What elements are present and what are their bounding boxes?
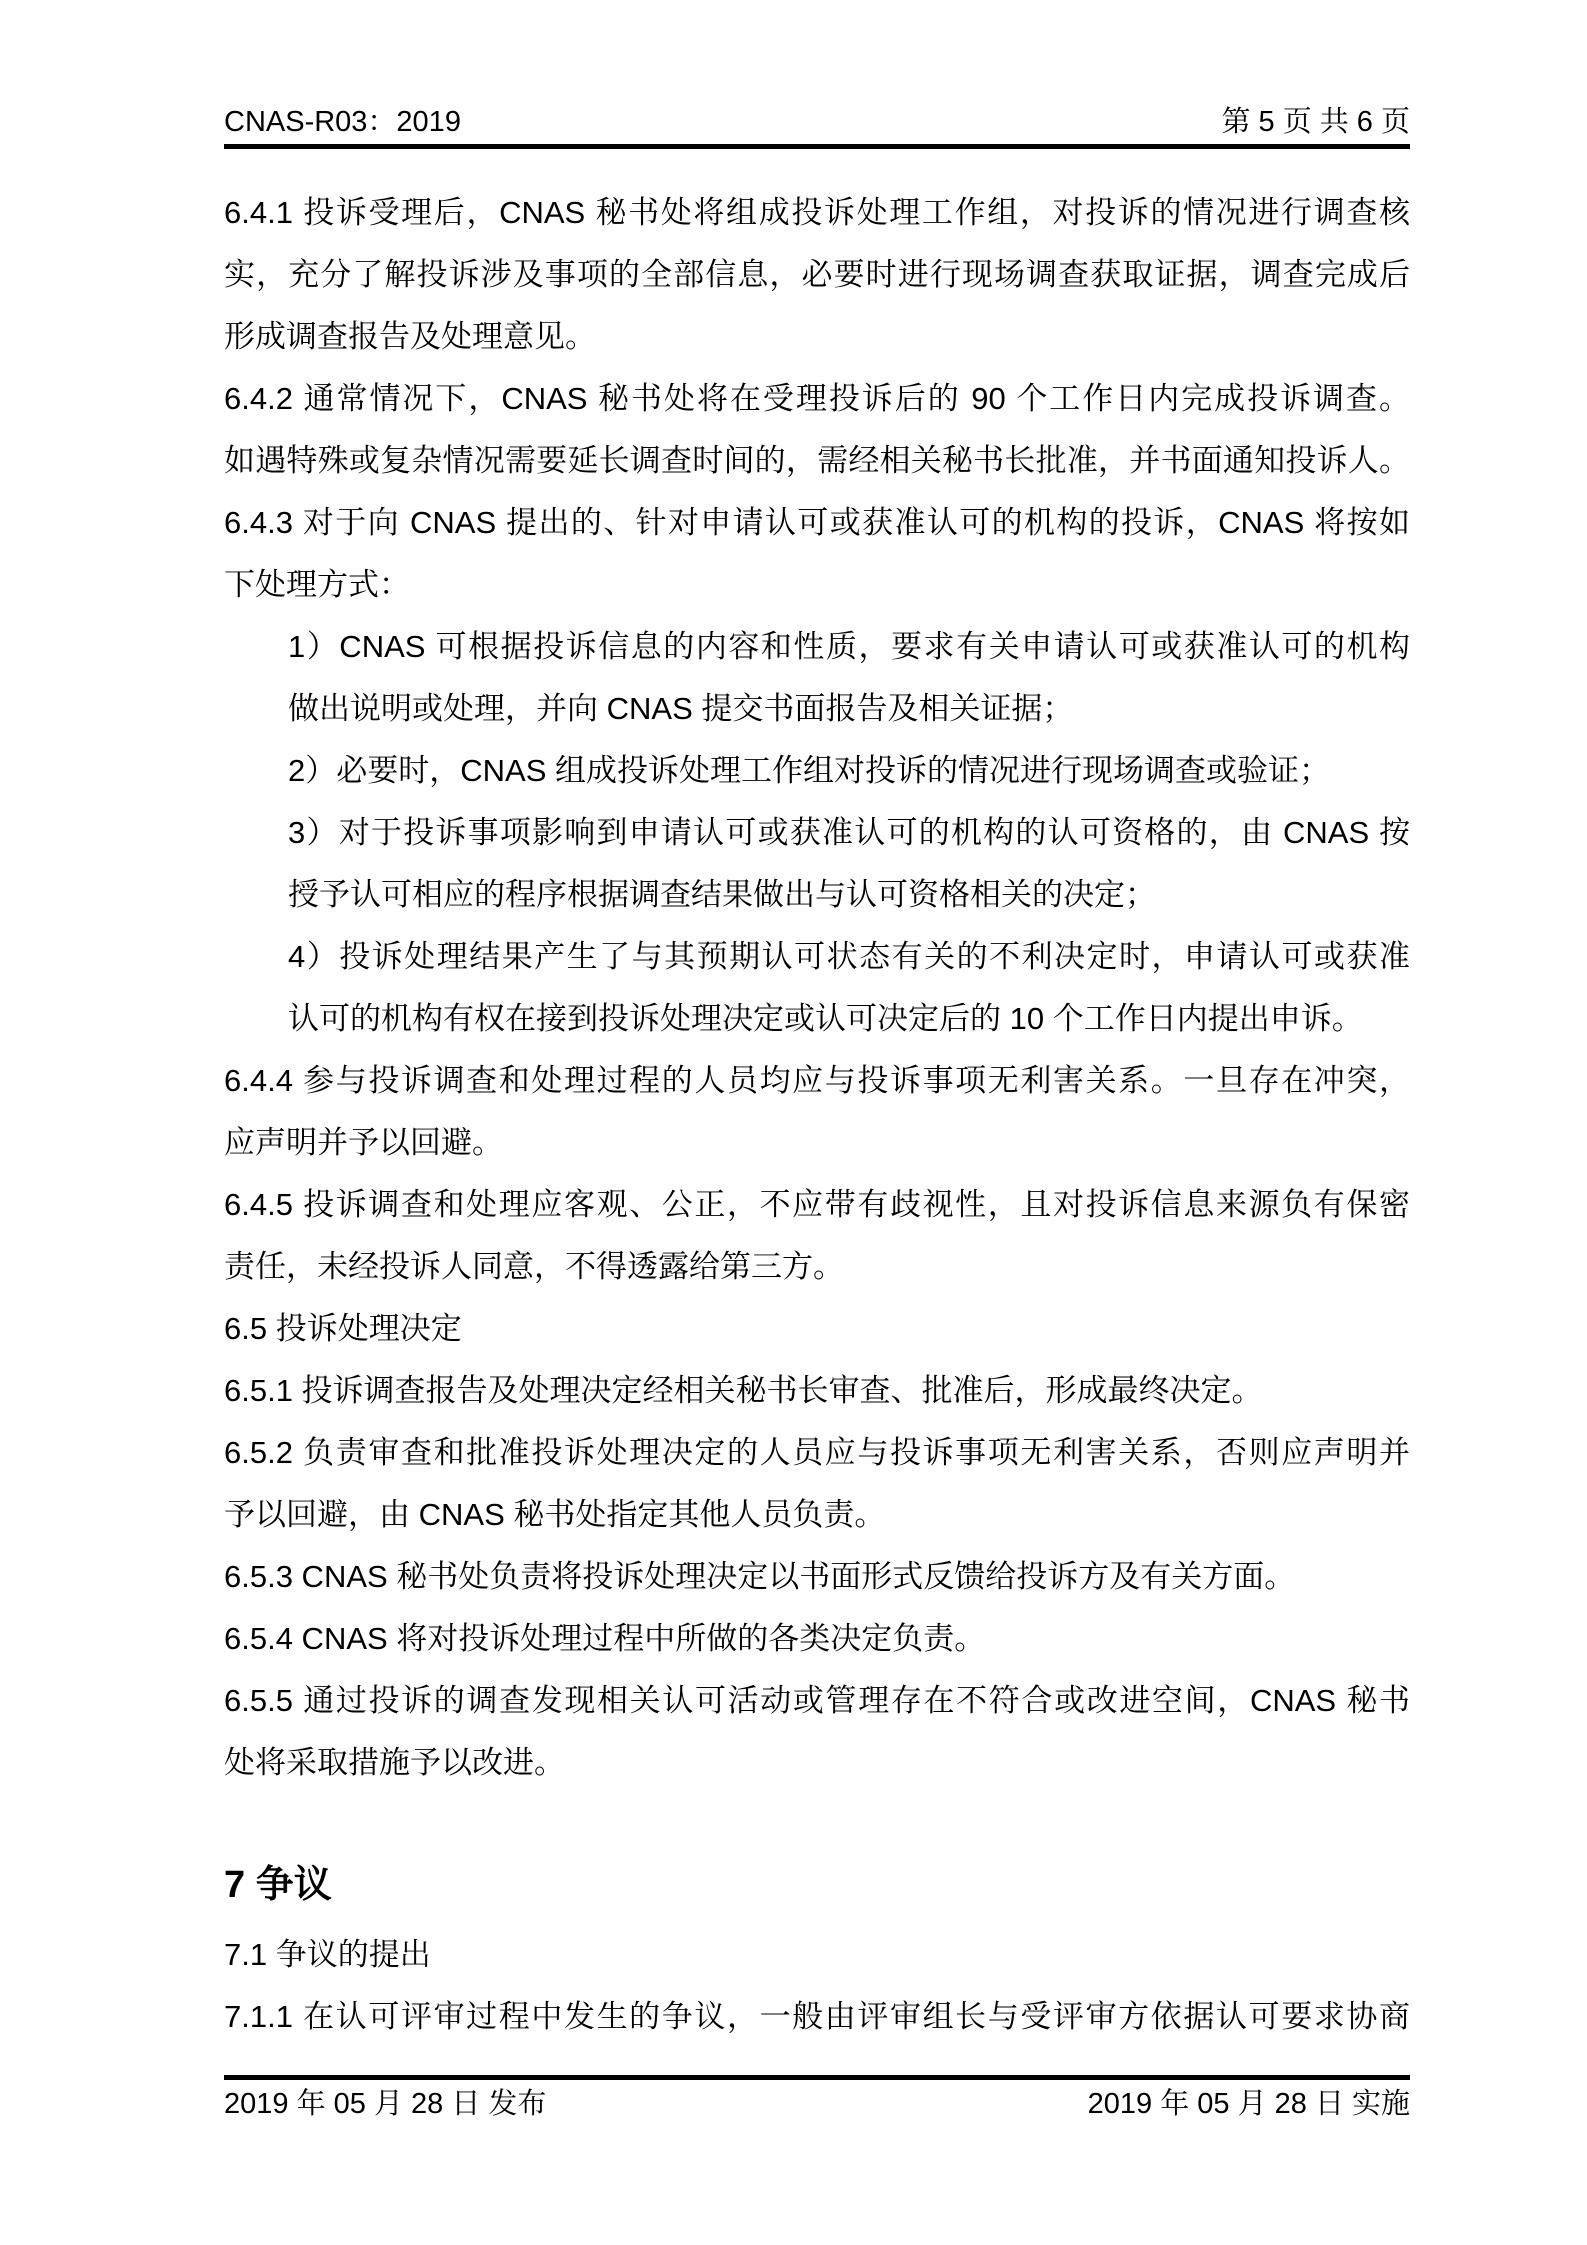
- clause-6-5: 6.5 投诉处理决定: [224, 1298, 1410, 1360]
- text-line: 下处理方式：: [224, 554, 1410, 616]
- clause-7-1-1: 7.1.1 在认可评审过程中发生的争议，一般由评审组长与受评审方依据认可要求协商: [224, 1986, 1410, 2048]
- text-line: 6.5.4 CNAS 将对投诉处理过程中所做的各类决定负责。: [224, 1608, 1410, 1670]
- text-line: 6.5.3 CNAS 秘书处负责将投诉处理决定以书面形式反馈给投诉方及有关方面。: [224, 1546, 1410, 1608]
- document-body: 6.4.1 投诉受理后，CNAS 秘书处将组成投诉处理工作组，对投诉的情况进行调…: [224, 182, 1410, 2048]
- text-line: 6.4.3 对于向 CNAS 提出的、针对申请认可或获准认可的机构的投诉，CNA…: [224, 492, 1410, 554]
- clause-6-5-5: 6.5.5 通过投诉的调查发现相关认可活动或管理存在不符合或改进空间，CNAS …: [224, 1670, 1410, 1794]
- footer-implement-date: 2019 年 05 月 28 日 实施: [1088, 2086, 1410, 2122]
- page-header: CNAS-R03：2019 第 5 页 共 6 页: [224, 104, 1410, 140]
- page-footer: 2019 年 05 月 28 日 发布 2019 年 05 月 28 日 实施: [224, 2086, 1410, 2122]
- text-line: 如遇特殊或复杂情况需要延长调查时间的，需经相关秘书长批准，并书面通知投诉人。: [224, 430, 1410, 492]
- clause-6-5-1: 6.5.1 投诉调查报告及处理决定经相关秘书长审查、批准后，形成最终决定。: [224, 1360, 1410, 1422]
- header-doc-number: CNAS-R03：2019: [224, 104, 461, 140]
- text-line: 6.4.5 投诉调查和处理应客观、公正，不应带有歧视性，且对投诉信息来源负有保密: [224, 1174, 1410, 1236]
- clause-7-1: 7.1 争议的提出: [224, 1924, 1410, 1986]
- footer-rule: [224, 2075, 1410, 2080]
- text-line: 3）对于投诉事项影响到申请认可或获准认可的机构的认可资格的，由 CNAS 按: [224, 802, 1410, 864]
- text-line: 6.5.5 通过投诉的调查发现相关认可活动或管理存在不符合或改进空间，CNAS …: [224, 1670, 1410, 1732]
- text-line: 责任，未经投诉人同意，不得透露给第三方。: [224, 1236, 1410, 1298]
- text-line: 处将采取措施予以改进。: [224, 1732, 1410, 1794]
- document-page: { "header": { "doc_number": "CNAS-R03：20…: [0, 0, 1587, 2245]
- text-line: 做出说明或处理，并向 CNAS 提交书面报告及相关证据；: [224, 678, 1410, 740]
- text-line: 6.5 投诉处理决定: [224, 1298, 1410, 1360]
- text-line: 6.5.1 投诉调查报告及处理决定经相关秘书长审查、批准后，形成最终决定。: [224, 1360, 1410, 1422]
- text-line: 4）投诉处理结果产生了与其预期认可状态有关的不利决定时，申请认可或获准: [224, 926, 1410, 988]
- text-line: 6.4.2 通常情况下，CNAS 秘书处将在受理投诉后的 90 个工作日内完成投…: [224, 368, 1410, 430]
- text-line: 授予认可相应的程序根据调查结果做出与认可资格相关的决定；: [224, 864, 1410, 926]
- clause-6-4-1: 6.4.1 投诉受理后，CNAS 秘书处将组成投诉处理工作组，对投诉的情况进行调…: [224, 182, 1410, 368]
- text-line: 1）CNAS 可根据投诉信息的内容和性质，要求有关申请认可或获准认可的机构: [224, 616, 1410, 678]
- header-rule: [224, 144, 1410, 149]
- text-line: 予以回避，由 CNAS 秘书处指定其他人员负责。: [224, 1484, 1410, 1546]
- text-line: 6.4.4 参与投诉调查和处理过程的人员均应与投诉事项无利害关系。一旦存在冲突，: [224, 1050, 1410, 1112]
- footer-issue-date: 2019 年 05 月 28 日 发布: [224, 2086, 546, 2122]
- clause-6-4-5: 6.4.5 投诉调查和处理应客观、公正，不应带有歧视性，且对投诉信息来源负有保密…: [224, 1174, 1410, 1298]
- text-line: 应声明并予以回避。: [224, 1112, 1410, 1174]
- text-line: 2）必要时，CNAS 组成投诉处理工作组对投诉的情况进行现场调查或验证；: [224, 740, 1410, 802]
- text-line: 实，充分了解投诉涉及事项的全部信息，必要时进行现场调查获取证据，调查完成后: [224, 244, 1410, 306]
- clause-6-5-3: 6.5.3 CNAS 秘书处负责将投诉处理决定以书面形式反馈给投诉方及有关方面。: [224, 1546, 1410, 1608]
- list-item-1: 1）CNAS 可根据投诉信息的内容和性质，要求有关申请认可或获准认可的机构 做出…: [224, 616, 1410, 740]
- list-item-2: 2）必要时，CNAS 组成投诉处理工作组对投诉的情况进行现场调查或验证；: [224, 740, 1410, 802]
- list-item-4: 4）投诉处理结果产生了与其预期认可状态有关的不利决定时，申请认可或获准 认可的机…: [224, 926, 1410, 1050]
- text-line: 7.1 争议的提出: [224, 1924, 1410, 1986]
- clause-6-4-3: 6.4.3 对于向 CNAS 提出的、针对申请认可或获准认可的机构的投诉，CNA…: [224, 492, 1410, 616]
- header-page-info: 第 5 页 共 6 页: [1221, 104, 1410, 140]
- text-line: 7.1.1 在认可评审过程中发生的争议，一般由评审组长与受评审方依据认可要求协商: [224, 1986, 1410, 2048]
- text-line: 6.5.2 负责审查和批准投诉处理决定的人员应与投诉事项无利害关系，否则应声明并: [224, 1422, 1410, 1484]
- text-line: 认可的机构有权在接到投诉处理决定或认可决定后的 10 个工作日内提出申诉。: [224, 988, 1410, 1050]
- clause-6-5-2: 6.5.2 负责审查和批准投诉处理决定的人员应与投诉事项无利害关系，否则应声明并…: [224, 1422, 1410, 1546]
- clause-6-4-4: 6.4.4 参与投诉调查和处理过程的人员均应与投诉事项无利害关系。一旦存在冲突，…: [224, 1050, 1410, 1174]
- clause-6-4-2: 6.4.2 通常情况下，CNAS 秘书处将在受理投诉后的 90 个工作日内完成投…: [224, 368, 1410, 492]
- list-item-3: 3）对于投诉事项影响到申请认可或获准认可的机构的认可资格的，由 CNAS 按 授…: [224, 802, 1410, 926]
- text-line: 形成调查报告及处理意见。: [224, 306, 1410, 368]
- section-7-heading: 7 争议: [224, 1854, 1410, 1916]
- clause-6-5-4: 6.5.4 CNAS 将对投诉处理过程中所做的各类决定负责。: [224, 1608, 1410, 1670]
- text-line: 6.4.1 投诉受理后，CNAS 秘书处将组成投诉处理工作组，对投诉的情况进行调…: [224, 182, 1410, 244]
